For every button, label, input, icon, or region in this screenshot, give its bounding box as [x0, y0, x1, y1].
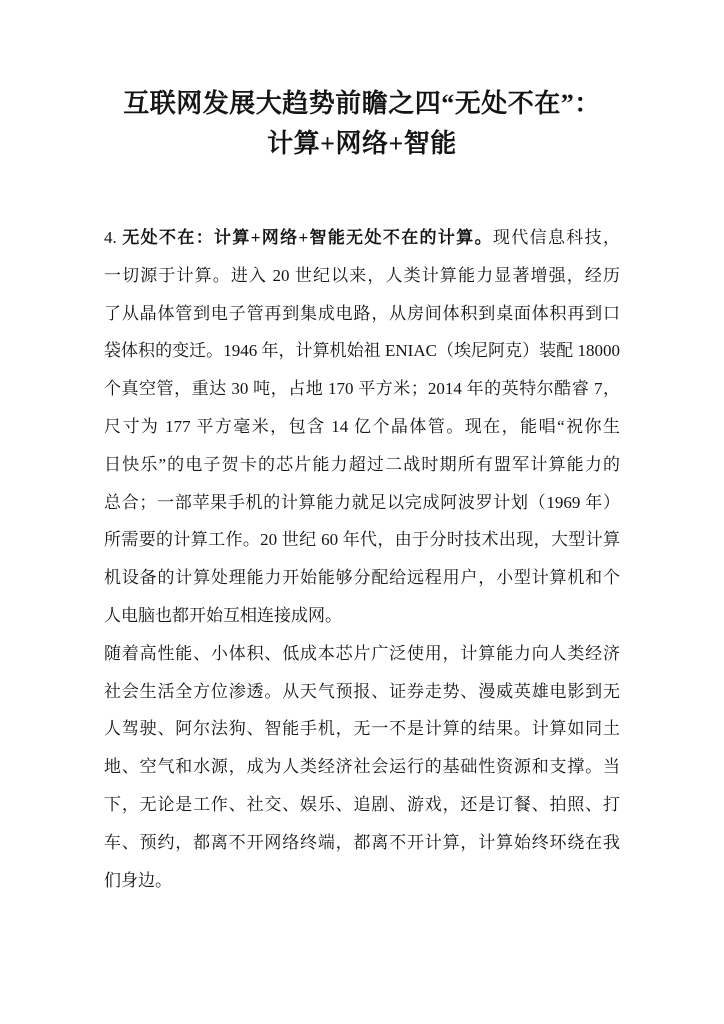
- body-line: 机设备的计算处理能力开始能够分配给远程用户，小型计算机和个: [104, 559, 620, 597]
- document-body: 4. 无处不在：计算+网络+智能无处不在的计算。现代信息科技， 一切源于计算。进…: [104, 219, 620, 899]
- body-line: 个真空管，重达 30 吨，占地 170 平方米；2014 年的英特尔酷睿 7，: [104, 370, 620, 408]
- body-line: 总合；一部苹果手机的计算能力就足以完成阿波罗计划（1969 年）: [104, 484, 620, 522]
- body-line: 人电脑也都开始互相连接成网。: [104, 597, 620, 635]
- paragraph-1: 4. 无处不在：计算+网络+智能无处不在的计算。现代信息科技， 一切源于计算。进…: [104, 219, 620, 635]
- section-heading-bold: 无处不在：计算+网络+智能无处不在的计算。: [122, 228, 493, 247]
- body-line: 尺寸为 177 平方毫米，包含 14 亿个晶体管。现在，能唱“祝你生: [104, 408, 620, 446]
- body-line: 一切源于计算。进入 20 世纪以来，人类计算能力显著增强，经历: [104, 257, 620, 295]
- document-content: 互联网发展大趋势前瞻之四“无处不在”： 计算+网络+智能 4. 无处不在：计算+…: [104, 84, 620, 899]
- body-line: 了从晶体管到电子管再到集成电路，从房间体积到桌面体积再到口: [104, 295, 620, 333]
- body-line: 下，无论是工作、社交、娱乐、追剧、游戏，还是订餐、拍照、打: [104, 786, 620, 824]
- body-line: 4. 无处不在：计算+网络+智能无处不在的计算。现代信息科技，: [104, 219, 620, 257]
- title-line-2: 计算+网络+智能: [104, 124, 620, 164]
- body-line: 社会生活全方位渗透。从天气预报、证券走势、漫威英雄电影到无: [104, 673, 620, 711]
- paragraph-2: 随着高性能、小体积、低成本芯片广泛使用，计算能力向人类经济 社会生活全方位渗透。…: [104, 635, 620, 900]
- document-title: 互联网发展大趋势前瞻之四“无处不在”： 计算+网络+智能: [104, 84, 620, 164]
- body-line: 车、预约，都离不开网络终端，都离不开计算，计算始终环绕在我: [104, 824, 620, 862]
- body-line: 袋体积的变迁。1946 年，计算机始祖 ENIAC（埃尼阿克）装配 18000: [104, 332, 620, 370]
- body-line: 人驾驶、阿尔法狗、智能手机，无一不是计算的结果。计算如同土: [104, 710, 620, 748]
- body-line: 日快乐”的电子贺卡的芯片能力超过二战时期所有盟军计算能力的: [104, 446, 620, 484]
- section-number: 4.: [104, 228, 122, 247]
- first-line-rest: 现代信息科技，: [493, 228, 620, 247]
- title-line-1: 互联网发展大趋势前瞻之四“无处不在”：: [104, 84, 620, 124]
- body-line: 们身边。: [104, 862, 620, 900]
- document-page: 互联网发展大趋势前瞻之四“无处不在”： 计算+网络+智能 4. 无处不在：计算+…: [0, 0, 724, 1024]
- body-line: 所需要的计算工作。20 世纪 60 年代，由于分时技术出现，大型计算: [104, 521, 620, 559]
- body-line: 随着高性能、小体积、低成本芯片广泛使用，计算能力向人类经济: [104, 635, 620, 673]
- body-line: 地、空气和水源，成为人类经济社会运行的基础性资源和支撑。当: [104, 748, 620, 786]
